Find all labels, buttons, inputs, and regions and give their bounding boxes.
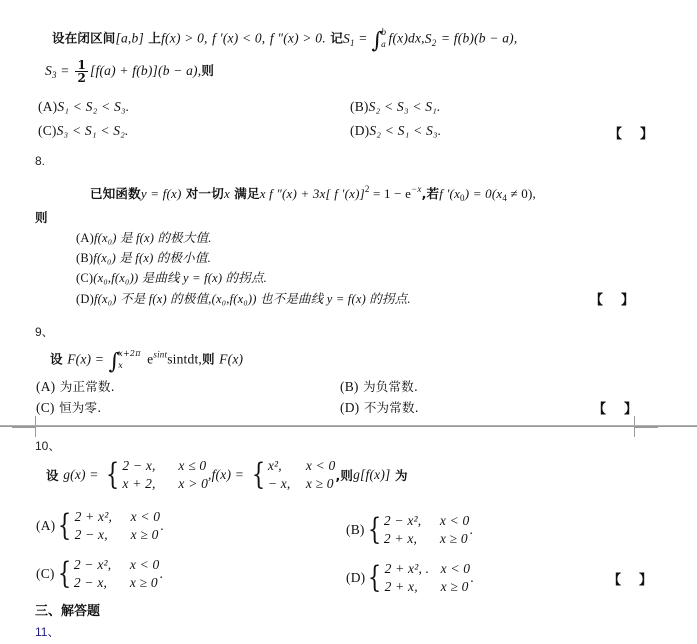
- page-corner-mark-bottom-left: [12, 427, 36, 437]
- q7-s2: S2: [425, 31, 437, 46]
- q9-option-c[interactable]: (C) 恒为零.: [36, 398, 101, 416]
- q7-s1-integrand: f(x)dx,: [389, 31, 425, 46]
- q7-integral-limits: ba: [381, 27, 386, 51]
- section-title: 三、解答题: [35, 600, 100, 619]
- q9-option-a[interactable]: (A) 为正常数.: [36, 377, 115, 395]
- q9-option-b[interactable]: (B) 为负常数.: [340, 377, 418, 395]
- q7-s3: S3: [45, 63, 57, 78]
- q7-cond2: f ′(x) < 0,: [212, 31, 265, 46]
- q8-option-a[interactable]: (A)f(x₀) 是 f(x) 的极大值.: [76, 228, 212, 246]
- q8-then: 则: [35, 208, 48, 226]
- q7-then: 则: [201, 63, 214, 78]
- q7-option-d[interactable]: (D)S₂ < S₁ < S₃.: [350, 123, 441, 139]
- q8-option-b[interactable]: (B)f(x₀) 是 f(x) 的极小值.: [76, 248, 211, 266]
- q7-cond3: f ″(x) > 0.: [270, 31, 326, 46]
- q7-on: 上: [148, 31, 161, 46]
- q10-option-b[interactable]: (B) { 2 − x²,x < 0 2 + x,x ≥ 0 .: [346, 512, 473, 548]
- q7-stem-line2: S3 = 12[f(a) + f(b)](b − a),则: [45, 59, 214, 84]
- q7-answer-bracket[interactable]: 【】: [609, 123, 671, 142]
- q7-stem-prefix: 设在闭区间: [52, 31, 116, 46]
- page-corner-mark-bottom-right: [634, 427, 658, 437]
- q7-s3-expr: [f(a) + f(b)](b − a),: [90, 63, 201, 78]
- q10-option-c[interactable]: (C) { 2 − x²,x < 0 2 − x,x ≥ 0 .: [36, 556, 163, 592]
- q7-s1: S1: [343, 31, 355, 46]
- q8-stem: 已知函数y = f(x) 对一切x 满足x f ″(x) + 3x[ f ′(x…: [90, 184, 536, 203]
- q9-option-d[interactable]: (D) 不为常数.: [340, 398, 419, 416]
- q10-stem: 设 g(x) = { 2 − x,x ≤ 0 x + 2,x > 0 ,f(x)…: [46, 457, 408, 493]
- q7-cond1: f(x) > 0,: [161, 31, 208, 46]
- q8-number: 8.: [35, 154, 45, 168]
- q10-number: 10、: [35, 437, 60, 454]
- q7-fraction: 12: [75, 59, 88, 84]
- q10-option-a[interactable]: (A) { 2 + x²,x < 0 2 − x,x ≥ 0 .: [36, 508, 164, 544]
- q9-number: 9、: [35, 323, 54, 340]
- page-break-divider: [0, 425, 697, 427]
- q8-option-c[interactable]: (C)(x₀,f(x₀)) 是曲线 y = f(x) 的拐点.: [76, 268, 267, 286]
- q7-s2-expr: = f(b)(b − a),: [441, 31, 518, 46]
- q7-note: 记: [330, 31, 343, 46]
- q7-option-c[interactable]: (C)S₃ < S₁ < S₂.: [38, 123, 129, 139]
- q10-option-d[interactable]: (D) { 2 + x², .x < 0 2 + x,x ≥ 0 .: [346, 560, 474, 596]
- q8-answer-bracket[interactable]: 【】: [590, 289, 652, 308]
- q7-stem-line1: 设在闭区间[a,b] 上f(x) > 0, f ′(x) < 0, f ″(x)…: [52, 27, 517, 54]
- q10-f-cases: { x²,x < 0 − x,x ≥ 0: [249, 457, 336, 493]
- q10-g-cases: { 2 − x,x ≤ 0 x + 2,x > 0: [103, 457, 208, 493]
- q7-option-b[interactable]: (B)S₂ < S₃ < S₁.: [350, 99, 441, 115]
- q10-answer-bracket[interactable]: 【】: [608, 569, 670, 588]
- q9-stem: 设 F(x) = ∫x+2πx esintsintdt,则 F(x): [50, 348, 243, 375]
- q9-answer-bracket[interactable]: 【】: [593, 398, 655, 417]
- q8-option-d[interactable]: (D)f(x₀) 不是 f(x) 的极值,(x₀,f(x₀)) 也不是曲线 y …: [76, 289, 411, 307]
- q7-option-a[interactable]: (A)S₁ < S₂ < S₃.: [38, 99, 129, 115]
- q7-interval: [a,b]: [116, 31, 144, 46]
- q11-number: 11、: [35, 623, 59, 640]
- q9-integral-limits: x+2πx: [118, 348, 140, 372]
